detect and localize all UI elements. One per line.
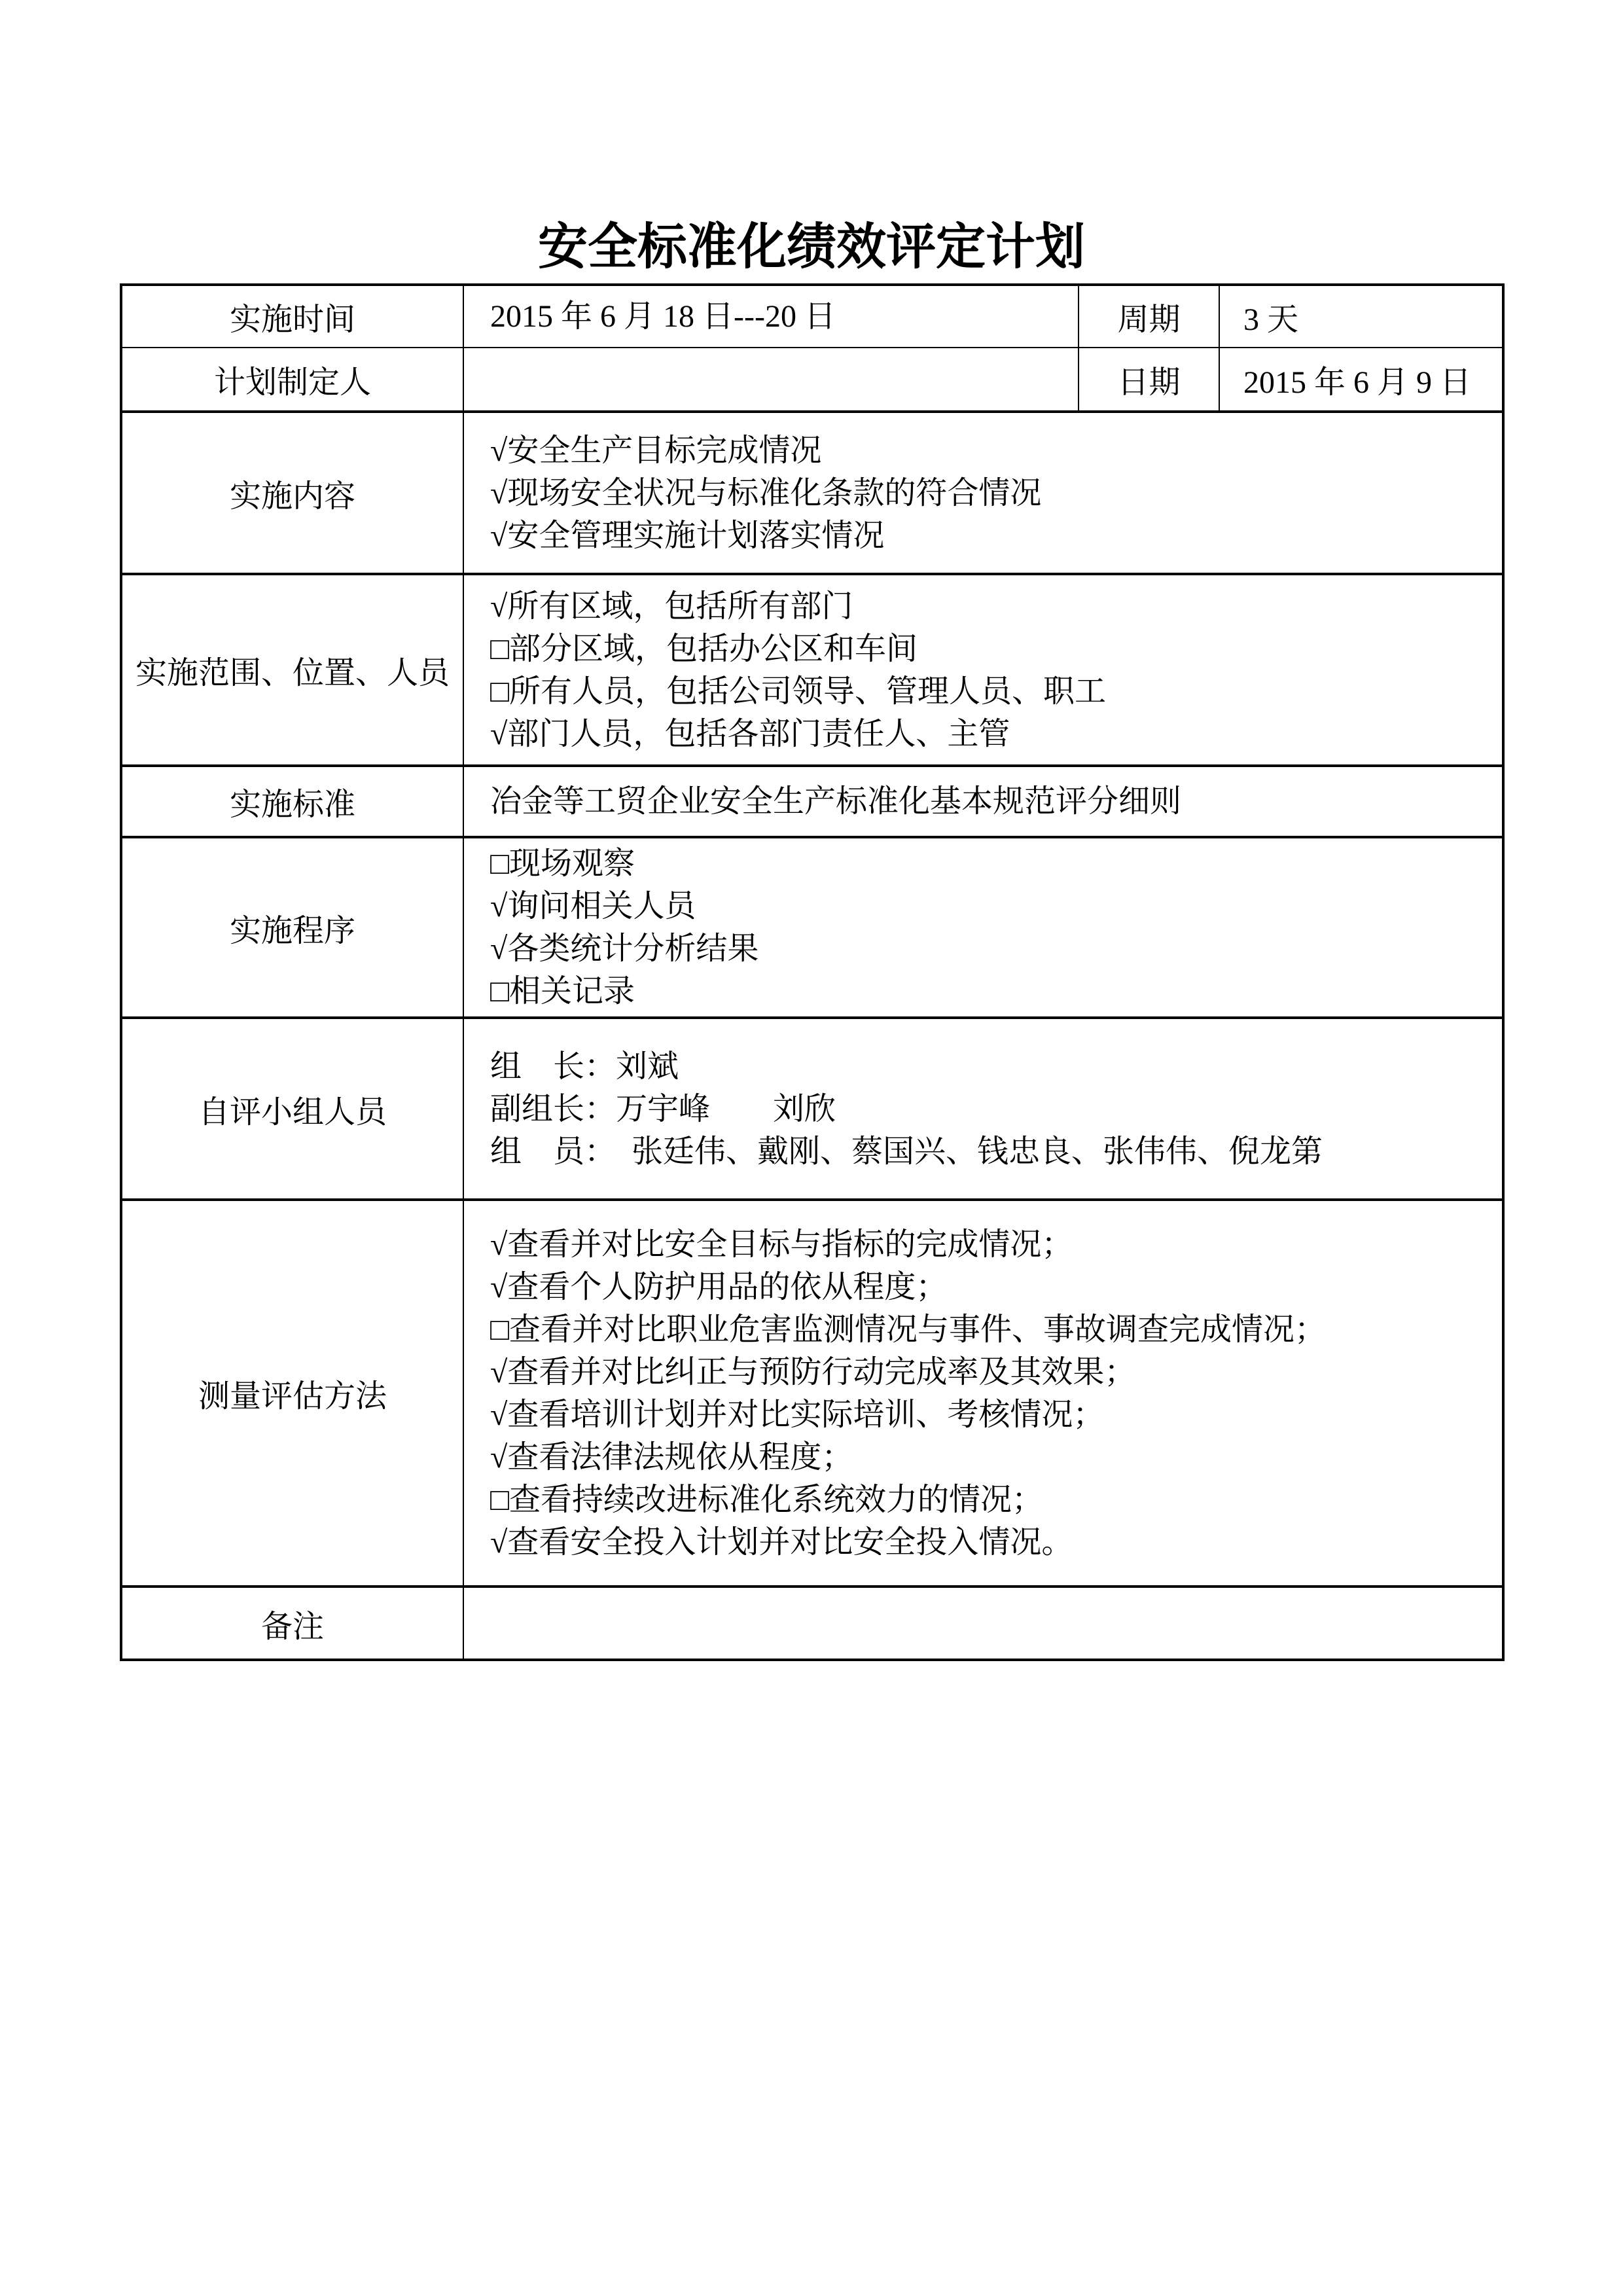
date-label: 日期 (1079, 348, 1219, 412)
implementation-procedure-cell: □现场观察 √询问相关人员 √各类统计分析结果 □相关记录 (463, 837, 1503, 1018)
checklist-line: √查看并对比纠正与预防行动完成率及其效果； (490, 1351, 1489, 1393)
checklist-line: √各类统计分析结果 (490, 927, 1489, 970)
page-title: 安全标准化绩效评定计划 (0, 207, 1623, 278)
remarks-cell (463, 1587, 1503, 1660)
checklist-line: □相关记录 (490, 970, 1489, 1013)
checklist-line: □所有人员，包括公司领导、管理人员、职工 (490, 670, 1489, 713)
checklist-line: □现场观察 (490, 842, 1489, 885)
row-measurement-methods: 测量评估方法 √查看并对比安全目标与指标的完成情况； √查看个人防护用品的依从程… (121, 1200, 1503, 1587)
text-line: 冶金等工贸企业安全生产标准化基本规范评分细则 (490, 780, 1489, 823)
team-deputy-line: 副组长：万宇峰 刘欣 (490, 1088, 1489, 1130)
remarks-label: 备注 (121, 1587, 463, 1660)
implementation-standard-cell: 冶金等工贸企业安全生产标准化基本规范评分细则 (463, 766, 1503, 837)
checklist-line: √安全生产目标完成情况 (490, 429, 1489, 472)
checklist-line: □查看持续改进标准化系统效力的情况； (490, 1479, 1489, 1521)
cycle-label: 周期 (1079, 285, 1219, 348)
implementation-standard-label: 实施标准 (121, 766, 463, 837)
self-assessment-team-label: 自评小组人员 (121, 1018, 463, 1200)
row-implementation-scope: 实施范围、位置、人员 √所有区域，包括所有部门 □部分区域，包括办公区和车间 □… (121, 574, 1503, 766)
implementation-scope-cell: √所有区域，包括所有部门 □部分区域，包括办公区和车间 □所有人员，包括公司领导… (463, 574, 1503, 766)
checklist-line: √部门人员，包括各部门责任人、主管 (490, 713, 1489, 755)
row-implementation-content: 实施内容 √安全生产目标完成情况 √现场安全状况与标准化条款的符合情况 √安全管… (121, 412, 1503, 574)
checklist-line: √查看法律法规依从程度； (490, 1436, 1489, 1479)
row-plan-maker: 计划制定人 日期 2015 年 6 月 9 日 (121, 348, 1503, 412)
row-implementation-standard: 实施标准 冶金等工贸企业安全生产标准化基本规范评分细则 (121, 766, 1503, 837)
plan-maker-value (463, 348, 1079, 412)
plan-maker-label: 计划制定人 (121, 348, 463, 412)
row-implementation-procedure: 实施程序 □现场观察 √询问相关人员 √各类统计分析结果 □相关记录 (121, 837, 1503, 1018)
measurement-methods-label: 测量评估方法 (121, 1200, 463, 1587)
implementation-scope-label: 实施范围、位置、人员 (121, 574, 463, 766)
evaluation-plan-table: 实施时间 2015 年 6 月 18 日---20 日 周期 3 天 计划制定人… (120, 283, 1505, 1661)
checklist-line: √现场安全状况与标准化条款的符合情况 (490, 472, 1489, 514)
implementation-procedure-label: 实施程序 (121, 837, 463, 1018)
team-leader-line: 组 长：刘斌 (490, 1045, 1489, 1088)
checklist-line: □查看并对比职业危害监测情况与事件、事故调查完成情况； (490, 1308, 1489, 1351)
checklist-line: √安全管理实施计划落实情况 (490, 514, 1489, 557)
row-implementation-time: 实施时间 2015 年 6 月 18 日---20 日 周期 3 天 (121, 285, 1503, 348)
checklist-line: √查看个人防护用品的依从程度； (490, 1266, 1489, 1308)
team-members-line: 组 员： 张廷伟、戴刚、蔡国兴、钱忠良、张伟伟、倪龙第 (490, 1130, 1489, 1173)
checklist-line: √查看培训计划并对比实际培训、考核情况； (490, 1393, 1489, 1436)
implementation-time-value: 2015 年 6 月 18 日---20 日 (463, 285, 1079, 348)
checklist-line: √询问相关人员 (490, 885, 1489, 927)
checklist-line: √查看安全投入计划并对比安全投入情况。 (490, 1521, 1489, 1564)
implementation-time-label: 实施时间 (121, 285, 463, 348)
checklist-line: √所有区域，包括所有部门 (490, 585, 1489, 628)
date-value: 2015 年 6 月 9 日 (1219, 348, 1503, 412)
row-remarks: 备注 (121, 1587, 1503, 1660)
measurement-methods-cell: √查看并对比安全目标与指标的完成情况； √查看个人防护用品的依从程度； □查看并… (463, 1200, 1503, 1587)
implementation-content-cell: √安全生产目标完成情况 √现场安全状况与标准化条款的符合情况 √安全管理实施计划… (463, 412, 1503, 574)
checklist-line: □部分区域，包括办公区和车间 (490, 628, 1489, 670)
self-assessment-team-cell: 组 长：刘斌 副组长：万宇峰 刘欣 组 员： 张廷伟、戴刚、蔡国兴、钱忠良、张伟… (463, 1018, 1503, 1200)
checklist-line: √查看并对比安全目标与指标的完成情况； (490, 1223, 1489, 1266)
implementation-content-label: 实施内容 (121, 412, 463, 574)
cycle-value: 3 天 (1219, 285, 1503, 348)
row-self-assessment-team: 自评小组人员 组 长：刘斌 副组长：万宇峰 刘欣 组 员： 张廷伟、戴刚、蔡国兴… (121, 1018, 1503, 1200)
